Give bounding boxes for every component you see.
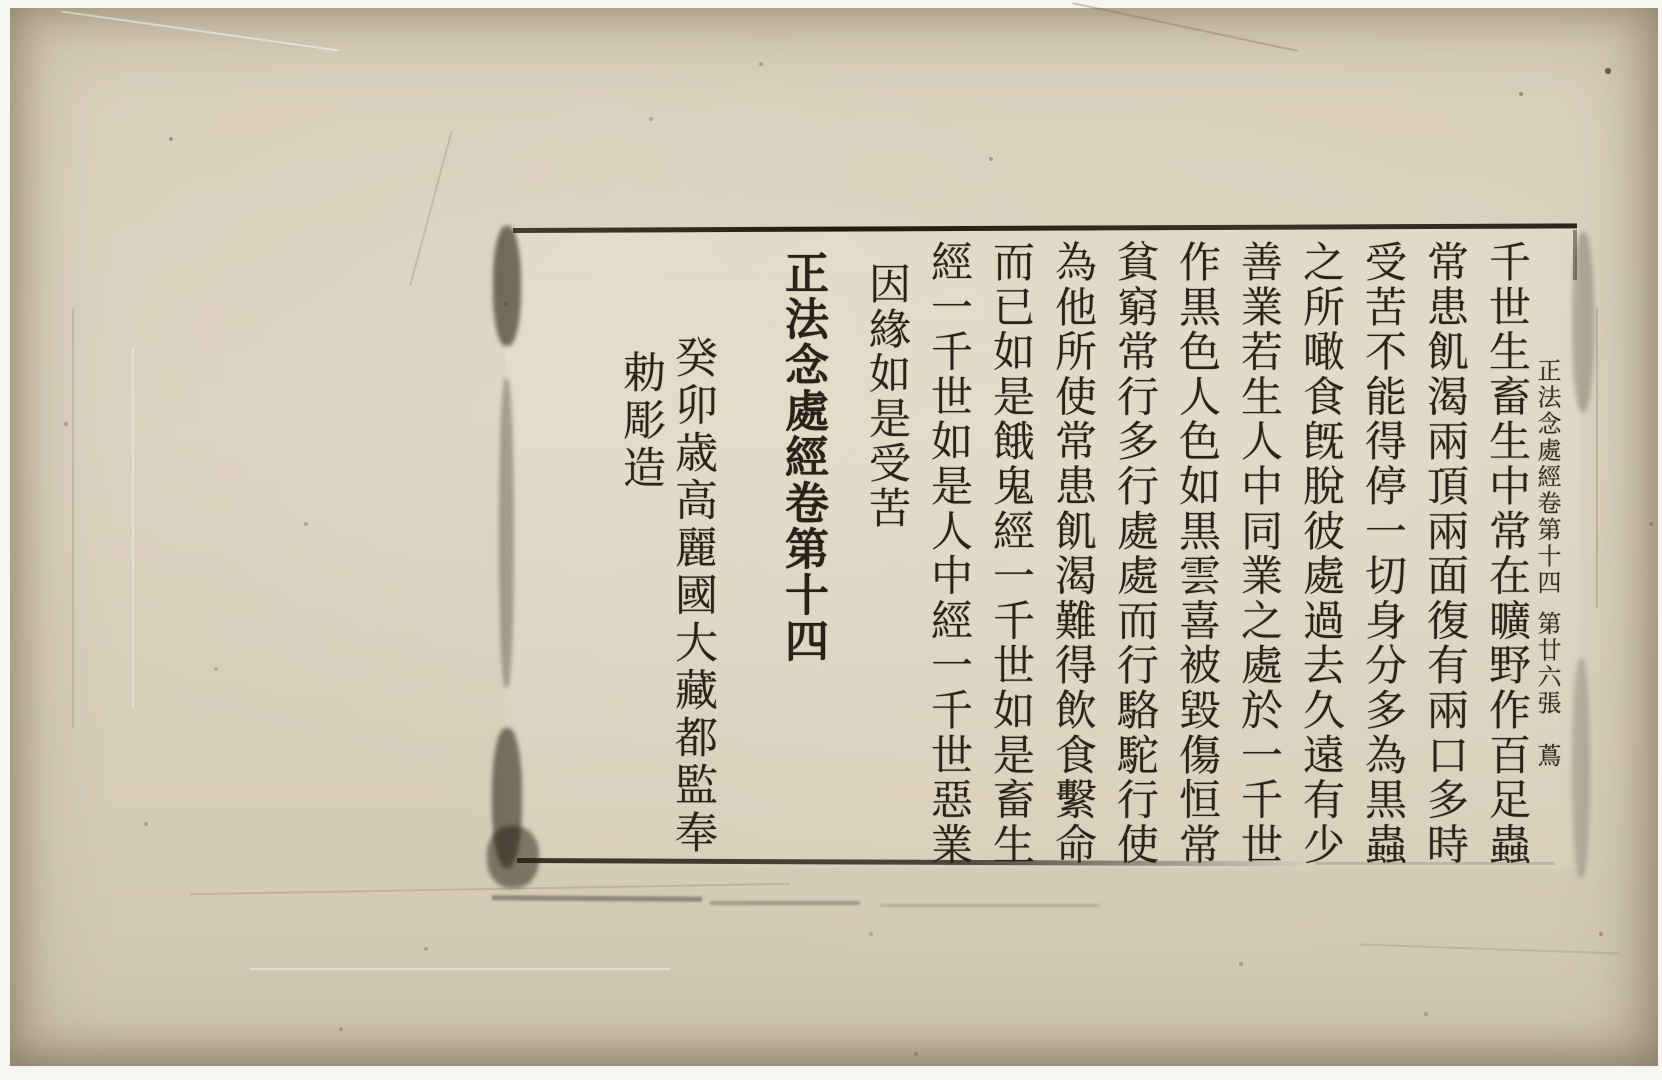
margin-note-column: 正法念處經卷第十四第廿六張蔦 <box>1532 358 1562 868</box>
paper-background: 正法念處經卷第十四第廿六張蔦 千世生畜生中常在曠野作百足蟲 常患飢渴兩頂兩面復有… <box>10 8 1658 1066</box>
ink-offset-line <box>880 904 1100 907</box>
ink-smudge-left-mid <box>499 378 514 688</box>
margin-title: 正法念處經卷第十四 <box>1533 358 1561 597</box>
ink-smudge-right-top <box>1572 232 1594 412</box>
ink-smudge-corner <box>487 826 539 888</box>
ink-smudge-left-top <box>493 226 521 346</box>
sutra-text-column-9: 而已如是餓鬼經一千世如是畜生 <box>986 240 1036 868</box>
ink-offset-line <box>492 895 702 901</box>
paper-fiber-streak <box>190 883 790 895</box>
scanned-page: 正法念處經卷第十四第廿六張蔦 千世生畜生中常在曠野作百足蟲 常患飢渴兩頂兩面復有… <box>0 0 1662 1080</box>
paper-fiber-streak <box>61 11 339 52</box>
sutra-text-column-2: 常患飢渴兩頂兩面復有兩口多時 <box>1420 240 1470 868</box>
paper-speckles <box>10 8 12 10</box>
paper-fiber-streak <box>72 308 74 728</box>
end-title-column: 正法念處經卷第十四 <box>775 250 829 862</box>
paper-fiber-streak <box>250 968 670 970</box>
ink-smudge-right-low <box>1572 658 1590 878</box>
paper-fiber-streak <box>1072 2 1297 52</box>
sutra-text-column-7: 貧窮常行多行處處而行駱駝行使 <box>1110 240 1160 868</box>
colophon-column-2: 勅彫造 <box>615 350 667 610</box>
paper-fiber-streak <box>1360 943 1620 954</box>
sutra-text-column-8: 為他所使常患飢渴難得飲食繫命 <box>1048 240 1098 868</box>
sutra-text-column-1: 千世生畜生中常在曠野作百足蟲 <box>1482 240 1532 868</box>
paper-fiber-streak <box>1596 308 1598 608</box>
margin-case-mark: 蔦 <box>1533 743 1561 770</box>
margin-sheet-number: 第廿六張 <box>1533 611 1561 717</box>
sutra-text-column-4: 之所噉食旣脫彼處過去久遠有少 <box>1296 240 1346 868</box>
sutra-text-column-10: 經一千世如是人中經一千世惡業 <box>924 240 974 868</box>
paper-fiber-streak <box>132 348 134 708</box>
sutra-text-column-6: 作黒色人色如黒雲喜被毀傷恒常 <box>1172 240 1222 868</box>
sutra-text-column-3: 受苦不能得停一切身分多為黒蟲 <box>1358 240 1408 868</box>
ink-offset-line <box>710 901 860 905</box>
printed-text-block: 正法念處經卷第十四第廿六張蔦 千世生畜生中常在曠野作百足蟲 常患飢渴兩頂兩面復有… <box>505 228 1580 868</box>
sutra-text-column-11: 因緣如是受苦 <box>862 262 912 862</box>
sutra-text-column-5: 善業若生人中同業之處於一千世 <box>1234 240 1284 868</box>
paper-fiber-streak <box>409 130 452 285</box>
colophon-column-1: 癸卯歳高麗國大藏都監奉 <box>667 335 719 868</box>
